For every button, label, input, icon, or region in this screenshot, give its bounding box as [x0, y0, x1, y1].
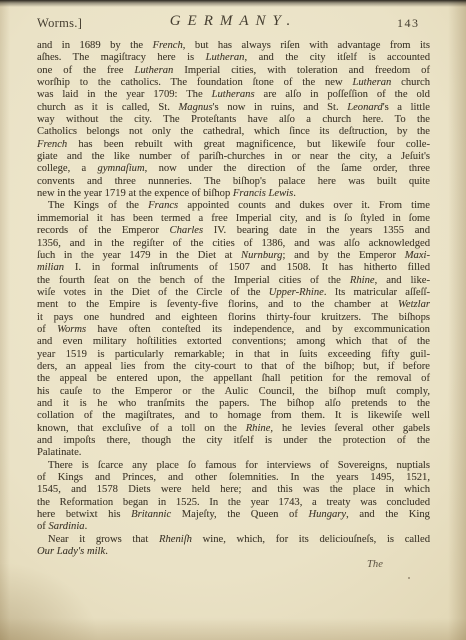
text-line: the Reformation began in 1525. In the ye…	[37, 497, 430, 509]
text-line: There is ſcarce any place ſo famous for …	[37, 460, 430, 472]
text-line: aſhes. The magiſtracy here is Lutheran, …	[37, 52, 430, 64]
page-number: 143	[397, 16, 420, 31]
text-line: Palatinate.	[37, 447, 430, 459]
book-page: Worms.] GERMANY. 143 and in 1689 by the …	[0, 0, 466, 640]
text-line: 1356, and in the regiſter of the cities …	[37, 238, 430, 250]
text-line: and it is he who tranſmits the papers. T…	[37, 398, 430, 410]
text-line: records of the Emperor Charles IV. beari…	[37, 225, 430, 237]
text-line: new in the year 1719 at the expence of b…	[37, 188, 430, 200]
catchword: The	[367, 559, 383, 570]
text-line: of Worms have often conteſted its indepe…	[37, 324, 430, 336]
text-line: immemorial it has been termed a free Imp…	[37, 213, 430, 225]
text-line: was laid in the year 1709: The Lutherans…	[37, 89, 430, 101]
text-line: worſhip to the catholics. The foundation…	[37, 77, 430, 89]
text-line: ment to the Empire is ſeventy-five flori…	[37, 299, 430, 311]
text-line: Our Lady's milk.	[37, 546, 430, 558]
text-line: and in 1689 by the French, but has alway…	[37, 40, 430, 52]
text-line: wiſe votes in the Diet of the Circle of …	[37, 287, 430, 299]
text-line: Near it grows that Rheniſh wine, which, …	[37, 534, 430, 546]
text-line: of Sardinia.	[37, 521, 430, 533]
text-line: the appeal be entered upon, the appellan…	[37, 373, 430, 385]
text-line: and impoſts there, though the city itſel…	[37, 435, 430, 447]
text-line: it pays one hundred and eighteen florins…	[37, 312, 430, 324]
text-line: Catholics belongs not only the cathedral…	[37, 126, 430, 138]
text-line: year 1519 is particularly remarkable; in…	[37, 349, 430, 361]
text-line: known, that excluſive of a toll on the R…	[37, 423, 430, 435]
text-line: college, a gymnaſium, now under the dire…	[37, 163, 430, 175]
text-line: church as it is called, St. Magnus's now…	[37, 102, 430, 114]
text-line: The Kings of the Francs appointed counts…	[37, 200, 430, 212]
running-title: Worms.]	[37, 16, 82, 31]
text-line: of Kings and Princes, and other ſolemnit…	[37, 472, 430, 484]
text-line: collation of the magiſtrates, and to hom…	[37, 410, 430, 422]
text-line: milian I. in formal inſtruments of 1507 …	[37, 262, 430, 274]
text-line: giate and the like number of pariſh-chur…	[37, 151, 430, 163]
text-line: and even military hoſtilities extorted c…	[37, 336, 430, 348]
text-line: 1545, and 1578 Diets were held here; and…	[37, 484, 430, 496]
page-header: Worms.] GERMANY. 143	[37, 13, 430, 33]
text-line: ders, an appeal lies from the city-court…	[37, 361, 430, 373]
text-line: his cauſe to the Emperor or the Aulic Co…	[37, 386, 430, 398]
text-line: ſuch in the year 1479 in the Diet at Nur…	[37, 250, 430, 262]
text-line: the fourth ſeat on the bench of the Impe…	[37, 275, 430, 287]
body-text: and in 1689 by the French, but has alway…	[37, 40, 430, 558]
page-title: GERMANY.	[170, 13, 298, 30]
paper-speck	[408, 577, 410, 579]
text-line: convents and three nunneries. The biſhop…	[37, 176, 430, 188]
text-line: way without the city. The Proteſtants ha…	[37, 114, 430, 126]
text-line: French has been rebuilt with great magni…	[37, 139, 430, 151]
text-line: here betwixt his Britannic Majeſty, the …	[37, 509, 430, 521]
text-line: one of the free Lutheran Imperial cities…	[37, 65, 430, 77]
